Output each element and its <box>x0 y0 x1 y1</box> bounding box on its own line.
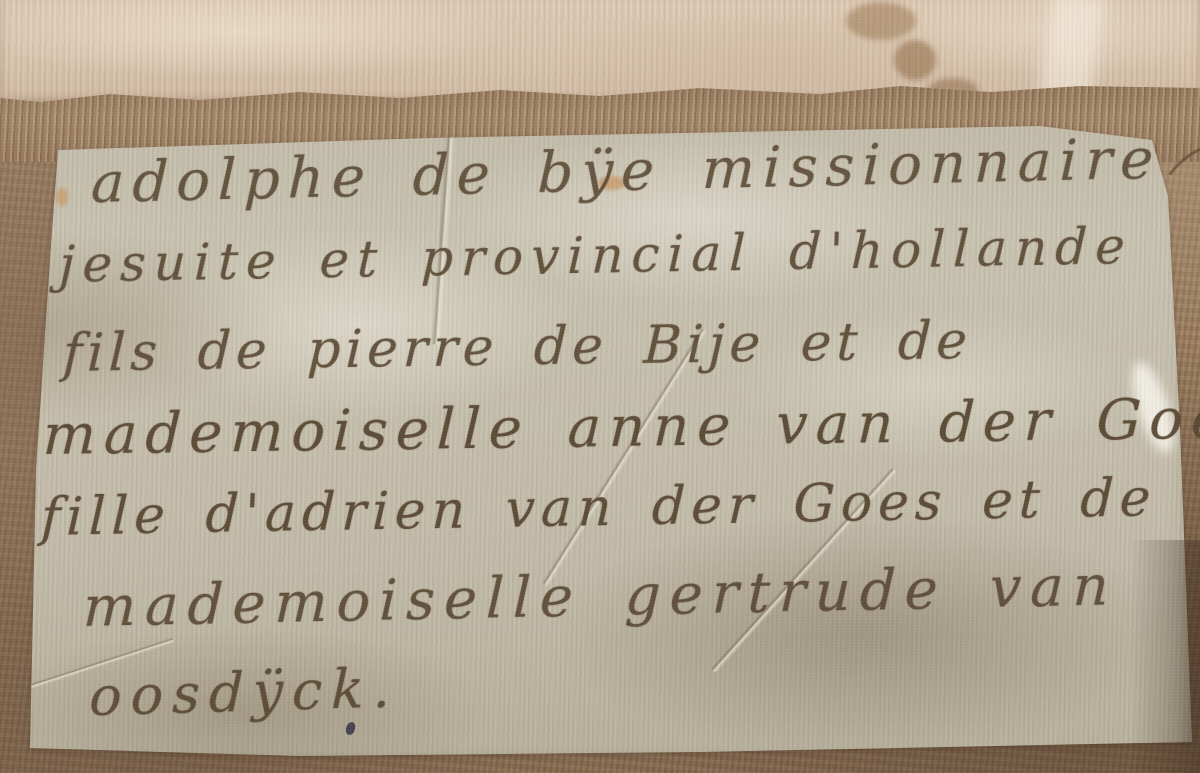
photo-of-handwritten-label: adolphe de bÿe missionnaire jesuite et p… <box>0 0 1200 773</box>
orange-fleck <box>598 176 626 190</box>
label-wrap <box>0 0 1200 773</box>
orange-fleck <box>56 188 68 206</box>
edge-shading <box>0 0 1200 773</box>
handwritten-label-paper <box>0 0 1200 773</box>
